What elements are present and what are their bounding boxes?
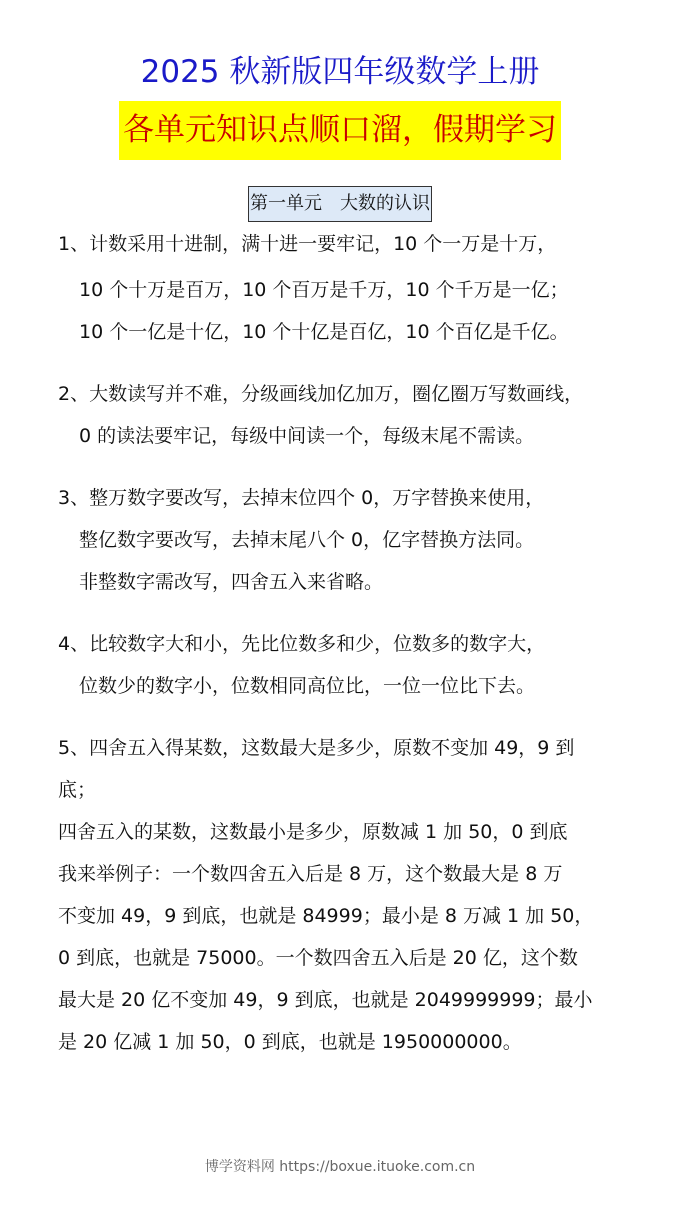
section-5-line-4: 我来举例子：一个数四舍五入后是 8 万，这个数最大是 8 万 — [58, 860, 562, 888]
section-3-line-1: 3、整万数字要改写，去掉末位四个 0，万字替换来使用， — [58, 484, 544, 512]
document-title: 2025 秋新版四年级数学上册 — [0, 50, 680, 94]
section-5-line-5: 不变加 49，9 到底，也就是 84999；最小是 8 万减 1 加 50， — [58, 902, 593, 930]
section-3-line-2: 整亿数字要改写，去掉末尾八个 0，亿字替换方法同。 — [79, 526, 534, 554]
highlighted-subtitle: 各单元知识点顺口溜，假期学习 — [119, 101, 561, 160]
section-1-line-2: 10 个十万是百万，10 个百万是千万，10 个千万是一亿； — [79, 276, 569, 304]
section-5-line-1: 5、四舍五入得某数，这数最大是多少，原数不变加 49，9 到 — [58, 734, 574, 762]
section-1-line-1: 1、计数采用十进制，满十进一要牢记，10 个一万是十万， — [58, 230, 556, 258]
subtitle-container: 各单元知识点顺口溜，假期学习 — [0, 101, 680, 160]
section-5-line-2: 底； — [58, 776, 96, 804]
section-3-line-3: 非整数字需改写，四舍五入来省略。 — [79, 568, 383, 596]
section-4-line-2: 位数少的数字小，位数相同高位比，一位一位比下去。 — [79, 672, 535, 700]
unit-heading-container: 第一单元 大数的认识 — [0, 186, 680, 222]
footer-watermark: 博学资料网 https://boxue.ituoke.com.cn — [0, 1156, 680, 1176]
section-1-line-3: 10 个一亿是十亿，10 个十亿是百亿，10 个百亿是千亿。 — [79, 318, 569, 346]
section-5-line-8: 是 20 亿减 1 加 50，0 到底，也就是 1950000000。 — [58, 1028, 522, 1056]
section-5-line-7: 最大是 20 亿不变加 49，9 到底，也就是 2049999999；最小 — [58, 986, 593, 1014]
section-2-line-2: 0 的读法要牢记，每级中间读一个，每级末尾不需读。 — [79, 422, 534, 450]
section-4-line-1: 4、比较数字大和小，先比位数多和少，位数多的数字大， — [58, 630, 545, 658]
section-5-line-3: 四舍五入的某数，这数最小是多少，原数减 1 加 50，0 到底 — [58, 818, 568, 846]
unit-heading: 第一单元 大数的认识 — [248, 186, 432, 222]
section-2-line-1: 2、大数读写并不难，分级画线加亿加万，圈亿圈万写数画线， — [58, 380, 583, 408]
section-5-line-6: 0 到底，也就是 75000。一个数四舍五入后是 20 亿，这个数 — [58, 944, 578, 972]
